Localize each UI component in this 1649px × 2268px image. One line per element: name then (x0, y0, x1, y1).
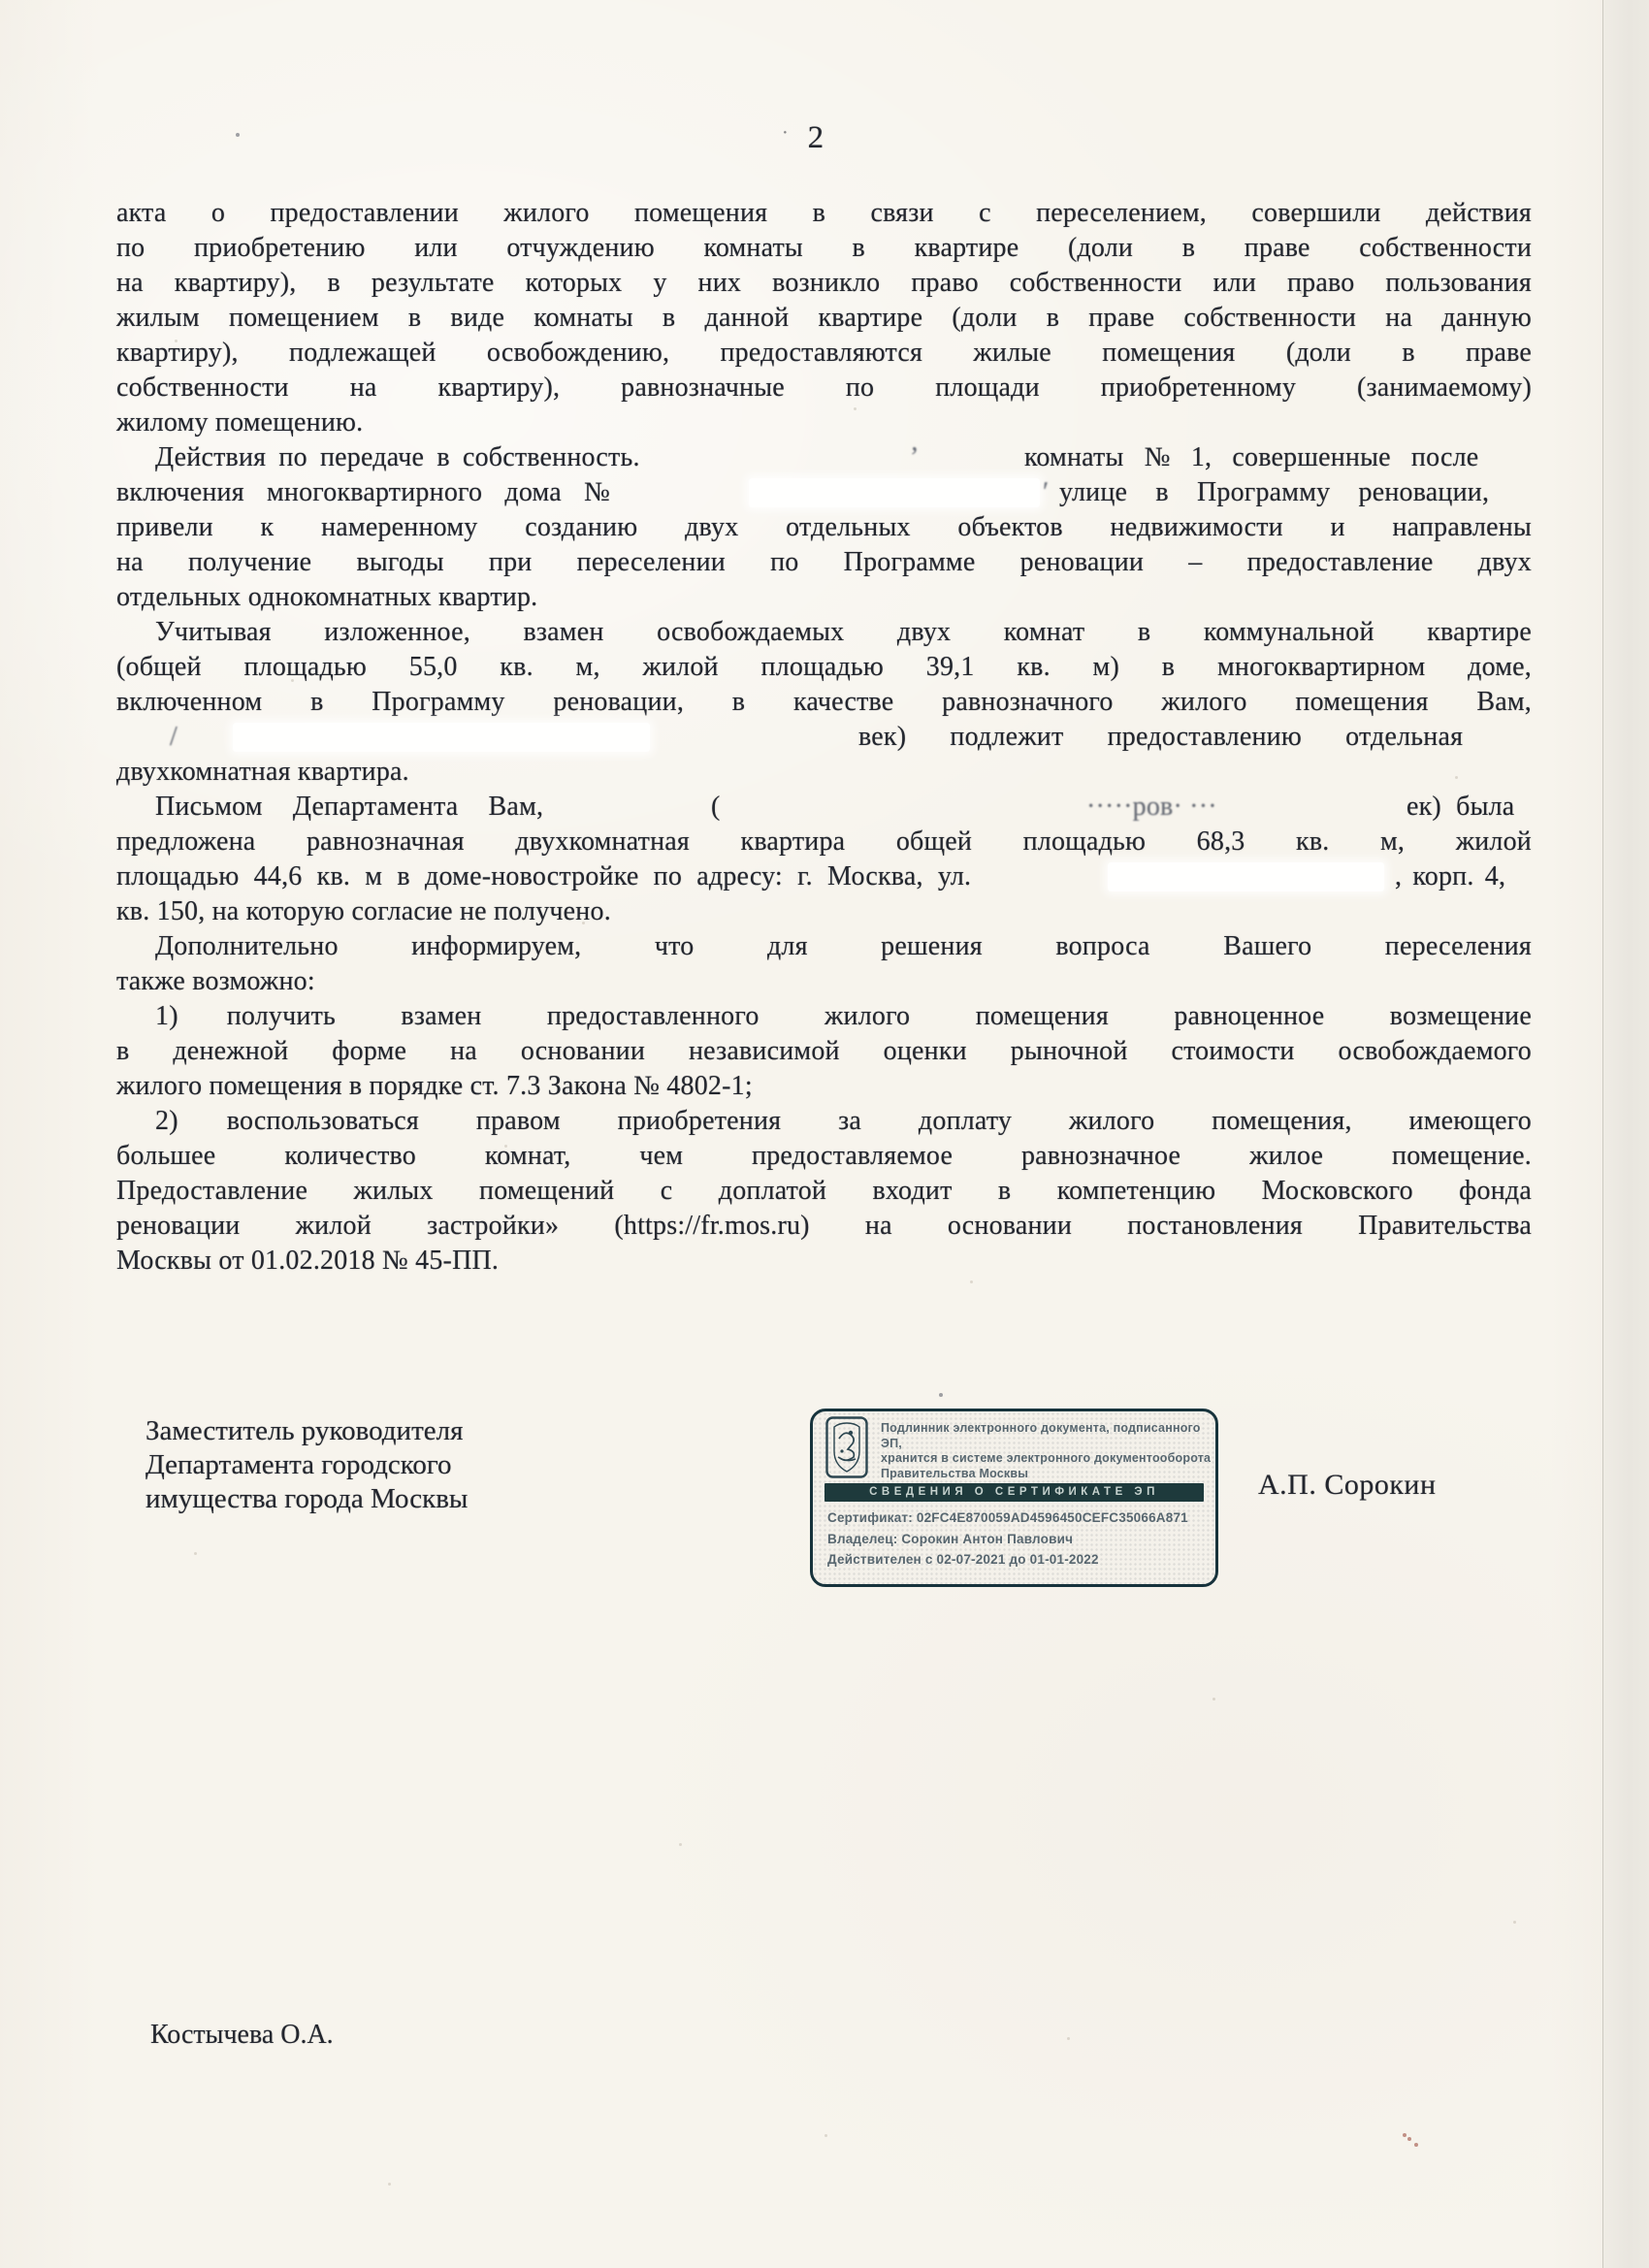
text-line: Предоставление жилых помещений с доплато… (116, 1174, 1532, 1209)
scan-speck (1067, 2037, 1070, 2040)
scan-speck (939, 1393, 943, 1397)
text-line: 1)получить взамен предоставленного жилог… (116, 999, 1532, 1034)
text-segment: жилого помещения в порядке ст. 7.3 Закон… (116, 1071, 753, 1101)
stamp-header-line: Подлинник электронного документа, подпис… (881, 1421, 1214, 1451)
page-number: ·2 (782, 120, 824, 156)
esign-stamp: Подлинник электронного документа, подпис… (810, 1409, 1218, 1587)
stamp-header-text: Подлинник электронного документа, подпис… (881, 1421, 1214, 1481)
scan-speck (1407, 2137, 1411, 2141)
text-segment: улице в Программу реновации, (1059, 475, 1489, 510)
text-segment: век) подлежит предоставлению отдельная (858, 720, 1463, 755)
faint-mark: ʼ (910, 440, 920, 475)
scan-edge-shadow (1602, 0, 1649, 2268)
document-body-text: акта о предоставлении жилого помещения в… (116, 196, 1532, 1279)
spacing-gap (116, 1023, 155, 1024)
text-line: квартиру), подлежащей освобождению, пред… (116, 336, 1532, 371)
text-segment: Учитывая изложенное, взамен освобождаемы… (155, 617, 1532, 647)
scan-speck (175, 340, 178, 342)
text-segment: Предоставление жилых помещений с доплато… (116, 1176, 1532, 1206)
redaction-box (233, 723, 650, 752)
text-line: площадью 44,6 кв. м в доме-новостройке п… (116, 859, 1532, 894)
text-segment: ( (711, 790, 721, 825)
stamp-certificate-line: Сертификат: 02FC4E870059AD4596450CEFC350… (827, 1507, 1211, 1529)
text-segment: также возможно: (116, 966, 315, 996)
scan-speck (504, 1145, 507, 1148)
text-segment: предложена равнозначная двухкомнатная кв… (116, 826, 1532, 857)
text-segment: Действия по передаче в собственность. (155, 440, 640, 475)
spacing-gap (116, 1128, 155, 1129)
text-line: двухкомнатная квартира. (116, 755, 1532, 790)
scan-speck (824, 2134, 827, 2137)
stamp-header-line: хранится в системе электронного документ… (881, 1451, 1214, 1467)
text-line: привели к намеренному созданию двух отде… (116, 510, 1532, 545)
text-segment: жилым помещением в виде комнаты в данной… (116, 303, 1532, 333)
spacing-gap (178, 1023, 227, 1024)
text-segment: 2) (155, 1106, 178, 1136)
text-line: Учитывая изложенное, взамен освобождаемы… (116, 615, 1532, 650)
scan-speck (582, 922, 585, 924)
scan-speck (1513, 1921, 1516, 1924)
scan-speck (1300, 291, 1303, 294)
stamp-certificate-line: Владелец: Сорокин Антон Павлович (827, 1529, 1211, 1550)
text-segment: отдельных однокомнатных квартир. (116, 582, 537, 612)
signature-title-block: Заместитель руководителяДепартамента гор… (145, 1414, 468, 1516)
text-line: также возможно: (116, 964, 1532, 999)
text-line: жилого помещения в порядке ст. 7.3 Закон… (116, 1069, 1532, 1104)
scan-speck (194, 1552, 197, 1555)
text-segment: реновации жилой застройки» (https://fr.m… (116, 1211, 1532, 1241)
text-line: Дополнительно информируем, что для решен… (116, 929, 1532, 964)
text-segment: ек) была (1406, 790, 1514, 825)
spacing-gap (116, 954, 155, 955)
text-line: предложена равнозначная двухкомнатная кв… (116, 825, 1532, 859)
text-segment: воспользоваться правом приобретения за д… (227, 1106, 1532, 1136)
text-segment: на получение выгоды при переселении по П… (116, 547, 1532, 577)
text-line: включенном в Программу реновации, в каче… (116, 685, 1532, 720)
text-line: Москвы от 01.02.2018 № 45-ПП. (116, 1244, 1532, 1279)
signature-title-line: Департамента городского (145, 1448, 468, 1482)
scan-speck (679, 1843, 682, 1846)
signature-title-line: имущества города Москвы (145, 1482, 468, 1516)
text-line: жилому помещению. (116, 405, 1532, 440)
text-line: акта о предоставлении жилого помещения в… (116, 196, 1532, 231)
spacing-gap (116, 639, 155, 640)
scan-speck (236, 133, 240, 137)
text-line: реновации жилой застройки» (https://fr.m… (116, 1209, 1532, 1244)
text-line: на получение выгоды при переселении по П… (116, 545, 1532, 580)
scan-speck (1455, 776, 1458, 779)
text-segment: включенном в Программу реновации, в каче… (116, 687, 1532, 717)
faint-mark: / (170, 720, 178, 755)
scan-speck (291, 679, 294, 682)
stamp-certificate-line: Действителен с 02-07-2021 до 01-01-2022 (827, 1549, 1211, 1571)
text-segment: кв. 150, на которую согласие не получено… (116, 896, 611, 926)
text-segment: 1) (155, 1001, 178, 1031)
text-line: кв. 150, на которую согласие не получено… (116, 894, 1532, 929)
text-segment: акта о предоставлении жилого помещения в… (116, 198, 1532, 228)
scan-speck (970, 1280, 973, 1283)
redaction-box (749, 478, 1040, 507)
text-line: по приобретению или отчуждению комнаты в… (116, 231, 1532, 266)
page-number-value: 2 (808, 120, 824, 155)
scan-speck (388, 2183, 391, 2186)
stamp-certificate-band: СВЕДЕНИЯ О СЕРТИФИКАТЕ ЭП (824, 1483, 1204, 1502)
text-line: Действия по передаче в собственность.ʼко… (116, 440, 1532, 475)
text-line: Письмом Департамента Вам,(·····ров· ···е… (116, 790, 1532, 825)
stamp-header-line: Правительства Москвы (881, 1467, 1214, 1482)
scan-dot: · (782, 122, 789, 144)
redaction-box (1108, 862, 1384, 891)
text-segment: привели к намеренному созданию двух отде… (116, 512, 1532, 542)
text-line: 2)воспользоваться правом приобретения за… (116, 1104, 1532, 1139)
text-segment: квартиру), подлежащей освобождению, пред… (116, 338, 1532, 368)
text-segment: по приобретению или отчуждению комнаты в… (116, 233, 1532, 263)
signer-name: А.П. Сорокин (1258, 1469, 1437, 1502)
text-segment: включения многоквартирного дома № (116, 475, 610, 510)
faint-mark: ʹ (1043, 475, 1049, 510)
text-segment: Письмом Департамента Вам, (155, 790, 543, 825)
text-line: большее количество комнат, чем предостав… (116, 1139, 1532, 1174)
text-segment: двухкомнатная квартира. (116, 757, 409, 787)
text-line: включения многоквартирного дома №ʹулице … (116, 475, 1532, 510)
text-line: на квартиру), в результате которых у них… (116, 266, 1532, 301)
text-line: отдельных однокомнатных квартир. (116, 580, 1532, 615)
text-segment: Москвы от 01.02.2018 № 45-ПП. (116, 1246, 499, 1276)
scan-speck (854, 407, 857, 410)
text-segment: , корп. 4, (1395, 859, 1505, 894)
scan-speck (1414, 2143, 1418, 2147)
text-line: собственности на квартиру), равнозначные… (116, 371, 1532, 405)
text-line: в денежной форме на основании независимо… (116, 1034, 1532, 1069)
text-segment: жилому помещению. (116, 407, 363, 437)
scan-speck (1212, 1698, 1215, 1701)
scan-speck (1403, 2133, 1406, 2137)
text-segment: получить взамен предоставленного жилого … (227, 1001, 1532, 1031)
spacing-gap (178, 1128, 227, 1129)
text-segment: Дополнительно информируем, что для решен… (155, 931, 1532, 961)
text-segment: на квартиру), в результате которых у них… (116, 268, 1532, 298)
text-segment: комнаты № 1, совершенные после (1024, 440, 1478, 475)
text-segment: собственности на квартиру), равнозначные… (116, 373, 1532, 403)
text-segment: площадью 44,6 кв. м в доме-новостройке п… (116, 859, 971, 894)
scanned-document-page: ·2 акта о предоставлении жилого помещени… (0, 0, 1649, 2268)
faint-mark: ·····ров· ··· (1086, 790, 1217, 825)
text-line: жилым помещением в виде комнаты в данной… (116, 301, 1532, 336)
text-line: (общей площадью 55,0 кв. м, жилой площад… (116, 650, 1532, 685)
text-segment: большее количество комнат, чем предостав… (116, 1141, 1532, 1171)
executor-name: Костычева О.А. (150, 2020, 334, 2051)
stamp-certificate-details: Сертификат: 02FC4E870059AD4596450CEFC350… (827, 1507, 1211, 1571)
moscow-coat-of-arms-icon (825, 1416, 868, 1478)
text-segment: (общей площадью 55,0 кв. м, жилой площад… (116, 652, 1532, 682)
signature-title-line: Заместитель руководителя (145, 1414, 468, 1448)
text-segment: в денежной форме на основании независимо… (116, 1036, 1532, 1066)
text-line: /век) подлежит предоставлению отдельная (116, 720, 1532, 755)
